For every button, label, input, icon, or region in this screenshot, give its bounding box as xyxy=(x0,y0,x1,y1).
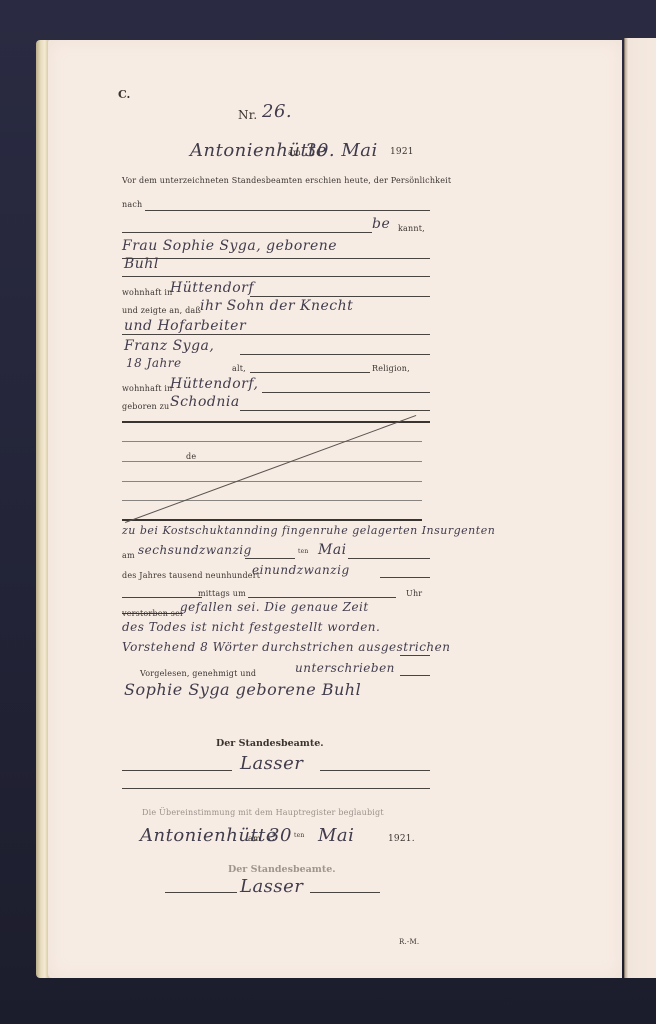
register-number-label: Nr. xyxy=(238,108,257,122)
footer-mark: R.-M. xyxy=(399,938,419,946)
informant-line1-rule xyxy=(122,258,430,259)
registrar-rule-right xyxy=(320,770,430,771)
series-letter: C. xyxy=(118,88,130,101)
cert-registrar-signature: Lasser xyxy=(240,876,303,897)
read-approved-hand: unterschrieben xyxy=(295,661,395,675)
time-rule-left xyxy=(122,597,202,598)
read-approved-rule xyxy=(400,675,430,676)
informant-residence: Hüttendorf xyxy=(170,280,254,296)
death-day-rule xyxy=(245,558,295,559)
cert-year: 1921. xyxy=(388,834,415,844)
uhr-label: Uhr xyxy=(406,589,422,598)
deceased-residence: Hüttendorf, xyxy=(170,376,259,392)
remark-line2: des Todes ist nicht festgestellt worden. xyxy=(122,620,380,634)
ten-label: ten xyxy=(298,548,308,555)
death-day: sechsundzwanzig xyxy=(138,543,252,557)
registrar-second-rule xyxy=(122,788,430,789)
deceased-name: Franz Syga, xyxy=(124,338,214,354)
deceased-age: 18 Jahre xyxy=(126,356,182,370)
age-label: alt, xyxy=(232,364,246,373)
nach-field-line xyxy=(145,210,430,211)
struck-block-rule-3 xyxy=(122,481,422,482)
cert-registrar-rule-left xyxy=(165,892,237,893)
register-number: 26. xyxy=(262,101,292,122)
reported-label: und zeigte an, daß xyxy=(122,306,201,315)
religion-field-rule xyxy=(250,372,370,373)
birthplace: Schodnia xyxy=(170,394,240,410)
informant-signature: Sophie Syga geborene Buhl xyxy=(124,680,361,699)
registrar-rule-left xyxy=(122,770,232,771)
cert-month: Mai xyxy=(318,825,354,846)
reported-line2: und Hofarbeiter xyxy=(124,318,246,334)
struck-block-rule-4 xyxy=(122,500,422,501)
entry-am-label: am xyxy=(288,148,301,157)
cert-am-label: am xyxy=(248,834,261,843)
entry-year: 1921 xyxy=(390,147,414,157)
struck-de-label: de xyxy=(186,452,196,461)
nach-label: nach xyxy=(122,200,142,209)
cert-ten-label: ten xyxy=(294,832,304,839)
year-label: des Jahres tausend neunhundert xyxy=(122,571,260,580)
time-rule-right xyxy=(248,597,396,598)
registrar-signature: Lasser xyxy=(240,753,303,774)
place-of-death: zu bei Kostschuktannding fingenruhe gela… xyxy=(122,524,495,537)
cert-day: 30 xyxy=(268,825,292,846)
deceased-name-rule xyxy=(240,354,430,355)
reported-line1: ihr Sohn der Knecht xyxy=(200,298,353,314)
struck-block-rule-2 xyxy=(122,461,422,462)
informant-name-line1: Frau Sophie Syga, geborene xyxy=(122,238,337,254)
cert-registrar-heading: Der Standesbeamte. xyxy=(228,864,336,875)
time-label: mittags um xyxy=(198,589,246,598)
struck-block-top-rule xyxy=(122,421,430,423)
registrar-heading: Der Standesbeamte. xyxy=(216,738,324,749)
known-field-line xyxy=(122,232,372,233)
cert-registrar-rule-right xyxy=(310,892,380,893)
death-year: einundzwanzig xyxy=(252,563,350,577)
death-month-rule xyxy=(348,558,430,559)
certification-text: Die Übereinstimmung mit dem Hauptregiste… xyxy=(142,808,384,817)
known-suffix-hand: be xyxy=(372,216,390,232)
deceased-residence-rule xyxy=(262,392,430,393)
adjacent-page-edge xyxy=(624,38,656,978)
struck-block-rule-1 xyxy=(122,441,422,442)
entry-day-month: 30. Mai xyxy=(305,140,378,161)
religion-label: Religion, xyxy=(372,364,410,373)
birthplace-rule xyxy=(240,410,430,411)
intro-text: Vor dem unterzeichneten Standesbeamten e… xyxy=(122,176,451,185)
born-label: geboren zu xyxy=(122,402,169,411)
death-year-rule xyxy=(380,577,430,578)
remark-line1: gefallen sei. Die genaue Zeit xyxy=(180,600,369,614)
remark-line3: Vorstehend 8 Wörter durchstrichen ausges… xyxy=(122,640,450,654)
informant-residence-rule xyxy=(250,296,430,297)
reported-line2-rule xyxy=(122,334,430,335)
died-label-struck: verstorben sei xyxy=(122,609,183,618)
informant-residence-label: wohnhaft in xyxy=(122,288,173,297)
informant-line2-rule xyxy=(122,276,430,277)
deceased-residence-label: wohnhaft in xyxy=(122,384,173,393)
remark-line3-rule xyxy=(400,655,430,656)
known-label: kannt, xyxy=(398,224,425,233)
informant-name-line2: Buhl xyxy=(124,256,159,272)
death-am-label: am xyxy=(122,551,135,560)
read-approved-label: Vorgelesen, genehmigt und xyxy=(140,669,256,678)
struck-block-bottom-rule xyxy=(122,519,422,521)
death-month: Mai xyxy=(318,542,347,558)
